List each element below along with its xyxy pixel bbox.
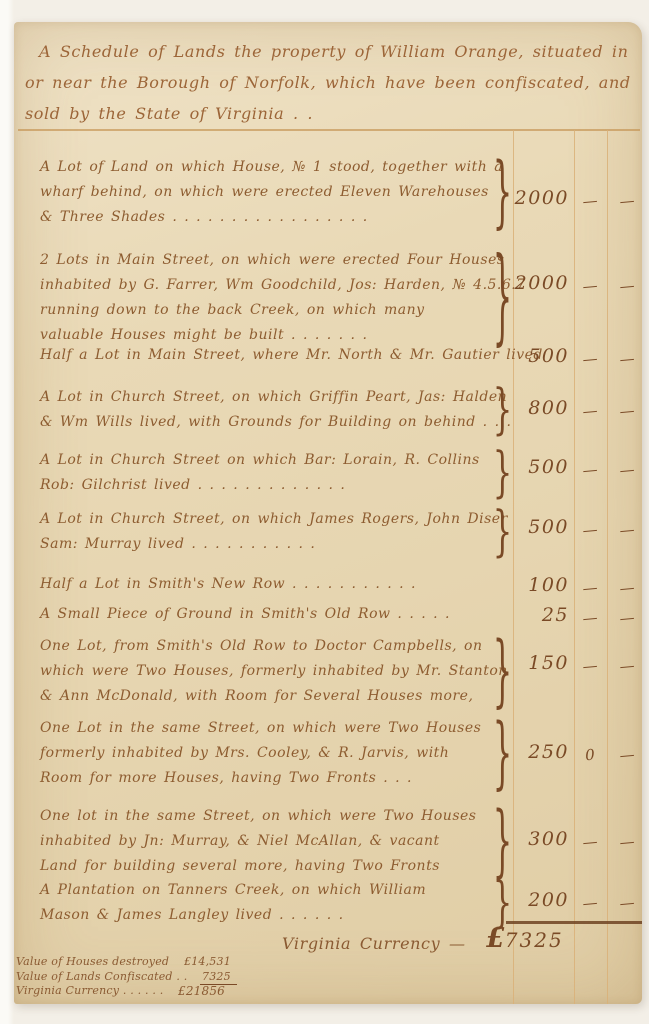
entry-amount-pounds: 2000 (511, 272, 569, 294)
entry-text-line: A Small Piece of Ground in Smith's Old R… (40, 602, 450, 627)
pence-column-rule (607, 130, 608, 1004)
entry-brace: } (491, 506, 513, 560)
entry-text-line: 2 Lots in Main Street, on which were ere… (40, 248, 526, 273)
entry-pence-mark: — (611, 191, 642, 212)
entry-pence-mark: — (611, 656, 642, 677)
document-title: A Schedule of Lands the property of Will… (25, 36, 631, 129)
entry-description: A Plantation on Tanners Creek, on which … (40, 878, 426, 928)
entry-amount-pounds: 200 (511, 889, 569, 911)
entry-description: A Lot in Church Street, on which James R… (40, 507, 508, 557)
entry-text-line: Half a Lot in Main Street, where Mr. Nor… (40, 343, 543, 368)
entry-description: A Lot in Church Street, on which Griffin… (40, 385, 511, 435)
entry-amount-pounds: 500 (511, 516, 569, 538)
entry-description: One lot in the same Street, on which wer… (40, 804, 476, 879)
title-underline-rule (18, 129, 640, 131)
entry-text-line: Rob: Gilchrist lived . . . . . . . . . .… (40, 473, 480, 498)
entry-shillings-mark: — (575, 460, 604, 480)
entry-text-line: A Plantation on Tanners Creek, on which … (40, 878, 426, 903)
entry-amount-pounds: 500 (511, 456, 569, 478)
entry-amount-pounds: 150 (511, 652, 569, 674)
entry-amount-pounds: 25 (511, 604, 569, 626)
entry-brace: } (491, 803, 513, 882)
footer-row-virginia-currency: Virginia Currency . . . . . . £21856 (16, 984, 164, 997)
entry-text-line: formerly inhabited by Mrs. Cooley, & R. … (40, 741, 481, 766)
entry-shillings-mark: — (575, 520, 604, 540)
title-line-1: A Schedule of Lands the property of Will… (39, 36, 631, 67)
pound-sign: £ (486, 923, 505, 954)
entry-text-line: A Lot in Church Street, on which Griffin… (40, 385, 511, 410)
entry-shillings-mark: — (575, 276, 604, 296)
footer-row-houses-destroyed: Value of Houses destroyed £14,531 (16, 955, 169, 968)
footer-label: Value of Houses destroyed (16, 955, 169, 968)
entry-pence-mark: — (611, 893, 642, 914)
currency-total-label: Virginia Currency — (282, 934, 466, 953)
entry-text-line: & Wm Wills lived, with Grounds for Build… (40, 410, 511, 435)
entry-brace: } (491, 447, 513, 501)
entry-pence-mark: — (611, 745, 642, 766)
entry-description: Half a Lot in Main Street, where Mr. Nor… (40, 343, 543, 368)
entry-text-line: Mason & James Langley lived . . . . . . (40, 903, 426, 928)
entry-text-line: & Ann McDonald, with Room for Several Ho… (40, 684, 508, 709)
entry-shillings-mark: 0 (575, 745, 604, 765)
entry-text-line: Land for building several more, having T… (40, 854, 476, 879)
entry-text-line: which were Two Houses, formerly inhabite… (40, 659, 508, 684)
entry-shillings-mark: — (575, 401, 604, 421)
footer-row-lands-confiscated: Value of Lands Confiscated . . 7325 (16, 970, 187, 983)
entry-shillings-mark: — (575, 578, 604, 598)
entry-text-line: inhabited by Jn: Murray, & Niel McAllan,… (40, 829, 476, 854)
entry-pence-mark: — (611, 608, 642, 629)
entry-text-line: Half a Lot in Smith's New Row . . . . . … (40, 572, 416, 597)
entry-text-line: running down to the back Creek, on which… (40, 298, 526, 323)
manuscript-page: A Schedule of Lands the property of Will… (14, 22, 642, 1004)
entry-description: One Lot, from Smith's Old Row to Doctor … (40, 634, 508, 709)
entry-description: A Lot of Land on which House, № 1 stood,… (40, 155, 503, 230)
entry-pence-mark: — (611, 349, 642, 370)
entry-text-line: A Lot in Church Street on which Bar: Lor… (40, 448, 480, 473)
title-line-2: or near the Borough of Norfolk, which ha… (25, 67, 631, 98)
entry-shillings-mark: — (575, 349, 604, 369)
entry-shillings-mark: — (575, 191, 604, 211)
entry-pence-mark: — (611, 460, 642, 481)
currency-total-value: £7325 (486, 923, 564, 954)
footer-label: Value of Lands Confiscated . . (16, 970, 187, 983)
entry-text-line: A Lot in Church Street, on which James R… (40, 507, 508, 532)
entry-text-line: inhabited by G. Farrer, Wm Goodchild, Jo… (40, 273, 526, 298)
entry-shillings-mark: — (575, 608, 604, 628)
entry-text-line: Room for more Houses, having Two Fronts … (40, 766, 481, 791)
entry-description: A Lot in Church Street on which Bar: Lor… (40, 448, 480, 498)
entry-shillings-mark: — (575, 893, 604, 913)
entry-brace: } (491, 154, 513, 233)
footer-label: Virginia Currency . . . . . . (16, 984, 164, 997)
entry-amount-pounds: 300 (511, 828, 569, 850)
footer-amount: £21856 (178, 984, 225, 998)
entry-amount-pounds: 2000 (511, 187, 569, 209)
entry-description: Half a Lot in Smith's New Row . . . . . … (40, 572, 416, 597)
entry-pence-mark: — (611, 832, 642, 853)
entry-brace: } (491, 384, 513, 438)
entry-text-line: Sam: Murray lived . . . . . . . . . . . (40, 532, 508, 557)
entry-pence-mark: — (611, 401, 642, 422)
entry-brace: } (491, 247, 513, 351)
entry-text-line: One Lot in the same Street, on which wer… (40, 716, 481, 741)
total-amount: 7325 (505, 928, 564, 952)
shillings-column-rule (574, 130, 575, 1004)
entry-shillings-mark: — (575, 656, 604, 676)
entry-text-line: & Three Shades . . . . . . . . . . . . .… (40, 205, 503, 230)
entry-shillings-mark: — (575, 832, 604, 852)
entry-amount-pounds: 250 (511, 741, 569, 763)
entry-pence-mark: — (611, 520, 642, 541)
entry-text-line: A Lot of Land on which House, № 1 stood,… (40, 155, 503, 180)
entry-amount-pounds: 500 (511, 345, 569, 367)
entry-brace: } (491, 715, 513, 794)
entry-brace: } (491, 633, 513, 712)
entry-pence-mark: — (611, 276, 642, 297)
entry-description: A Small Piece of Ground in Smith's Old R… (40, 602, 450, 627)
footer-amount: 7325 (200, 970, 237, 985)
entry-amount-pounds: 100 (511, 574, 569, 596)
entry-text-line: One Lot, from Smith's Old Row to Doctor … (40, 634, 508, 659)
entry-description: One Lot in the same Street, on which wer… (40, 716, 481, 791)
entry-description: 2 Lots in Main Street, on which were ere… (40, 248, 526, 348)
entry-amount-pounds: 800 (511, 397, 569, 419)
footer-amount: £14,531 (184, 955, 231, 968)
entry-text-line: wharf behind, on which were erected Elev… (40, 180, 503, 205)
entry-pence-mark: — (611, 578, 642, 599)
title-line-3: sold by the State of Virginia . . (25, 98, 631, 129)
entry-text-line: One lot in the same Street, on which wer… (40, 804, 476, 829)
